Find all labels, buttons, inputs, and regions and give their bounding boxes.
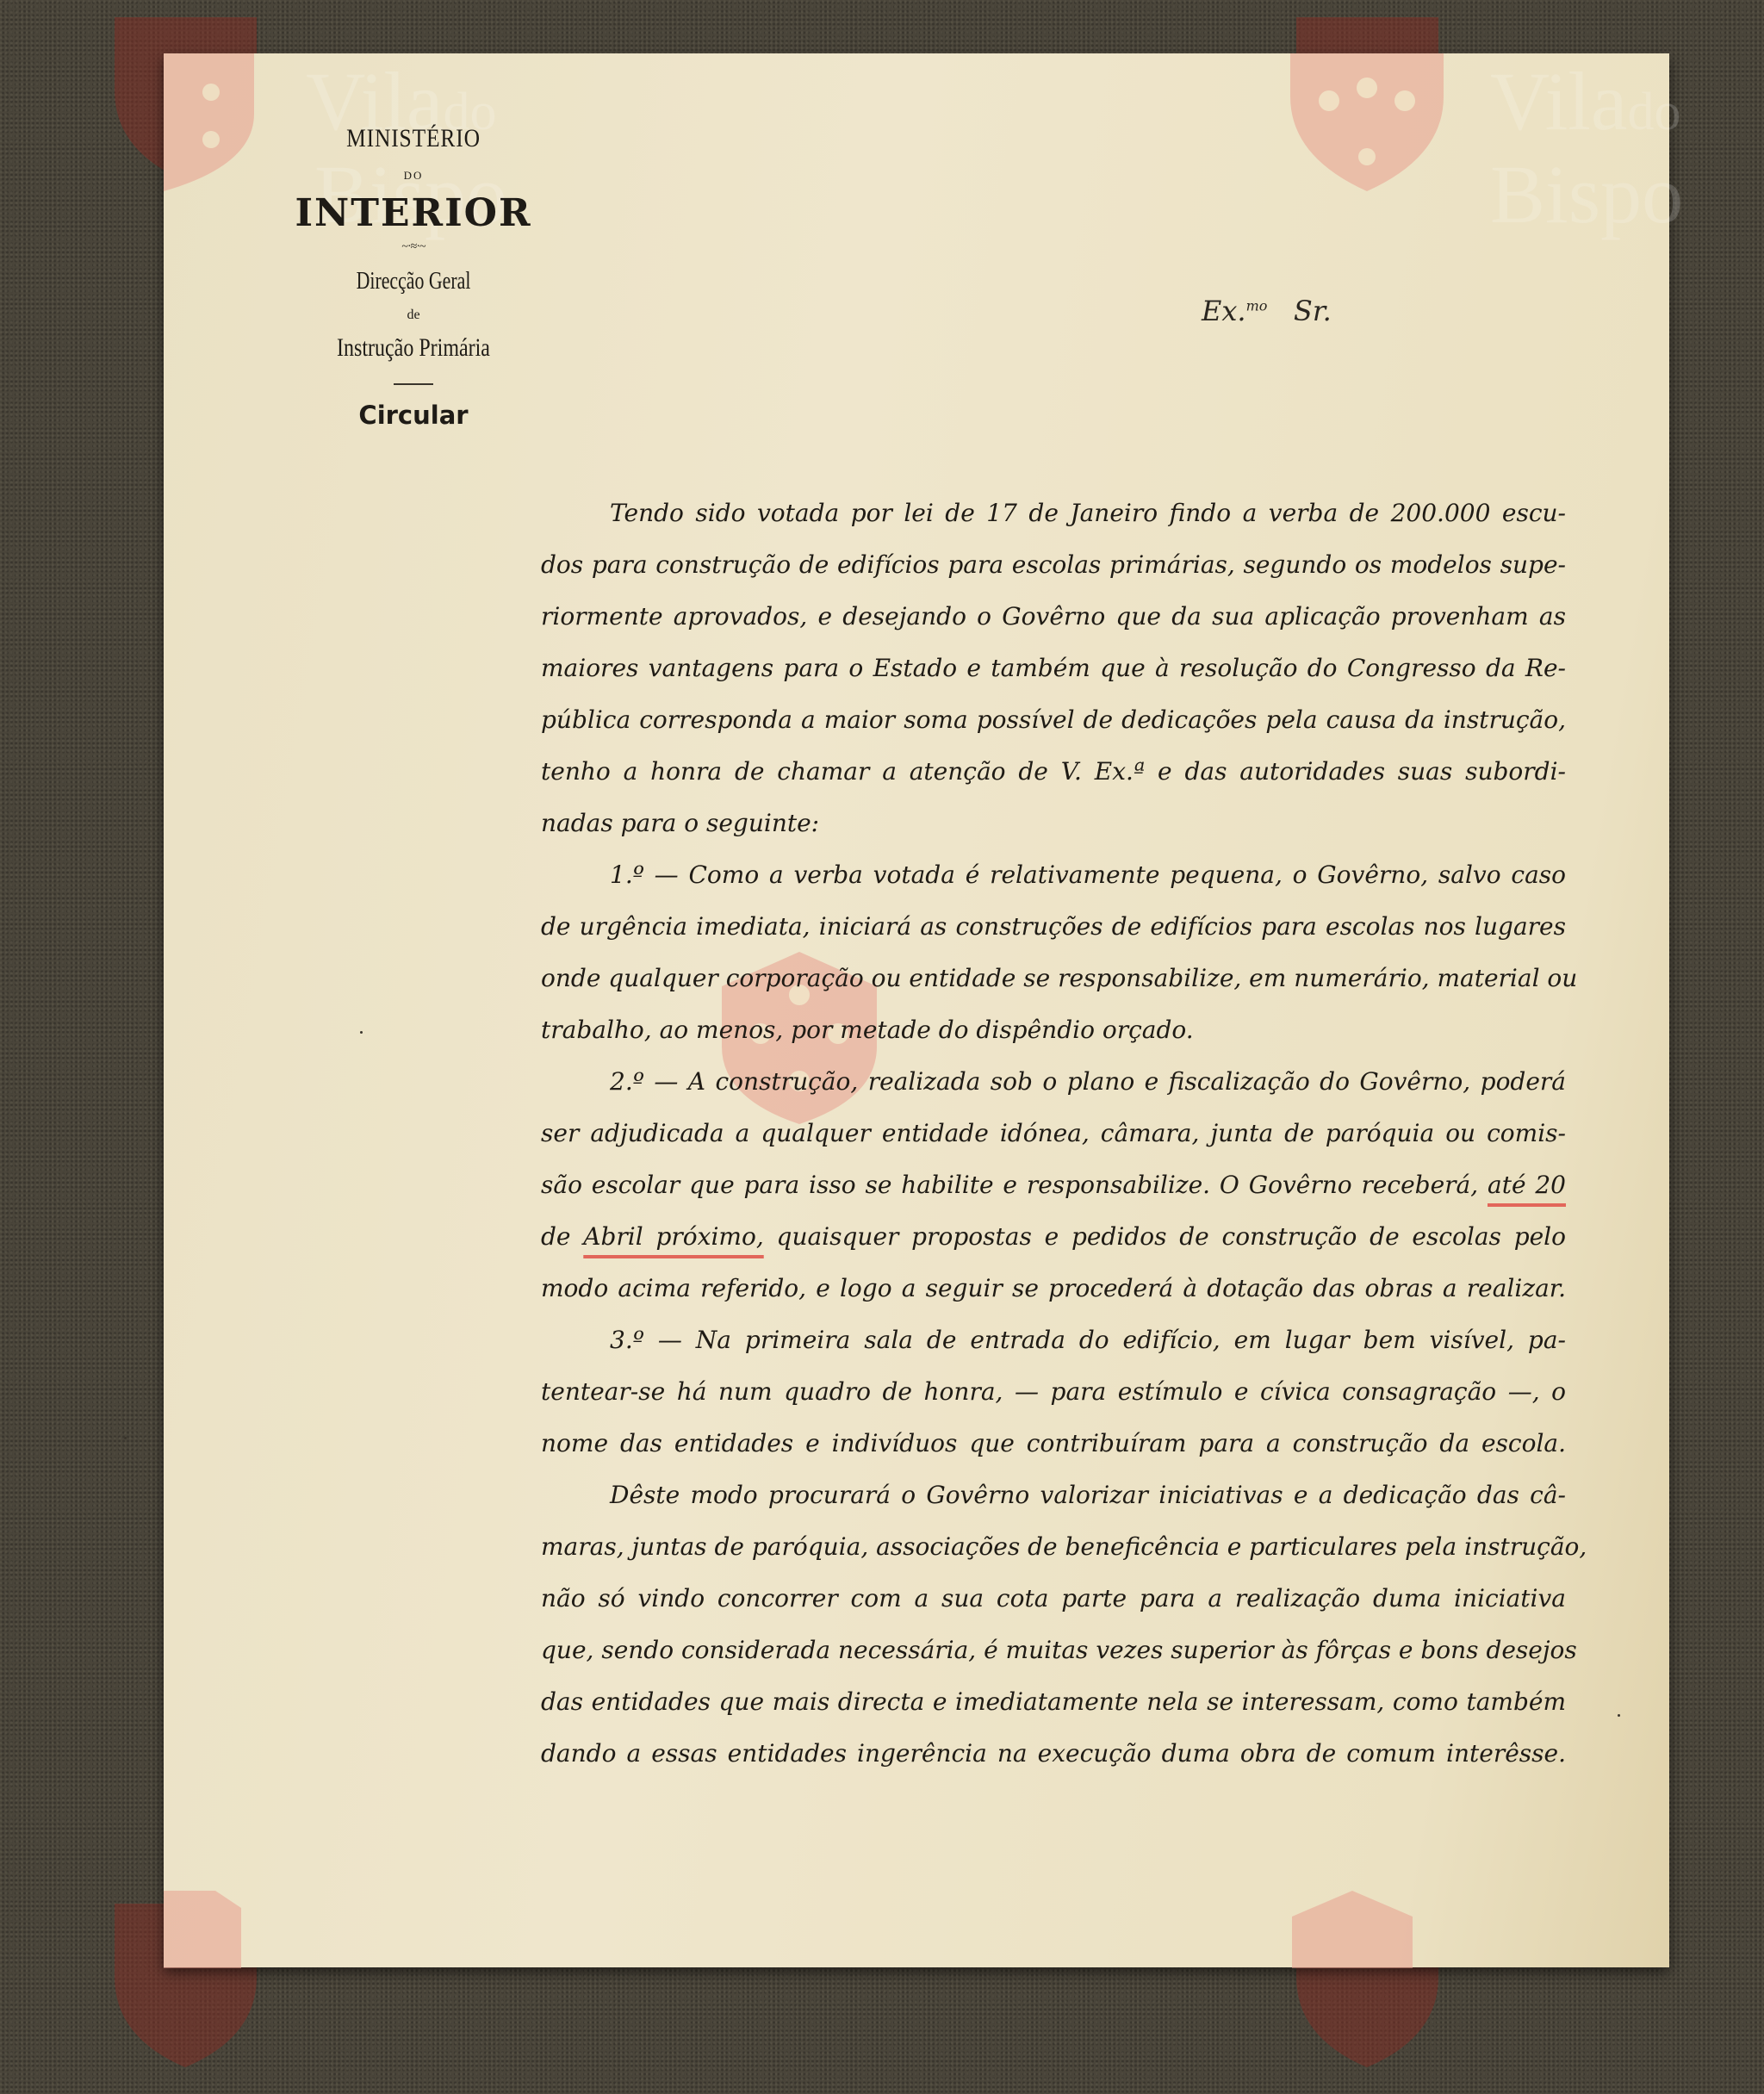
watermark-shield-icon: [164, 53, 258, 191]
letterhead-de: de: [276, 308, 551, 323]
watermark-shield-icon: [1292, 1891, 1413, 1968]
highlighted-date-part1: até 20: [1488, 1171, 1566, 1199]
letterhead-rule: [394, 383, 433, 385]
letterhead-direccao: Direcção Geral: [306, 268, 521, 295]
letterhead-do: DO: [276, 169, 551, 183]
watermark-shield-icon: [164, 1891, 241, 1968]
letterhead-instrucao: Instrução Primária: [303, 333, 524, 363]
document-type: Circular: [276, 401, 551, 430]
letterhead-interior: INTERIOR: [276, 191, 551, 235]
highlighted-date-part2: Abril próximo,: [583, 1222, 763, 1251]
ornament-divider-icon: ~·≈·~: [276, 240, 551, 254]
letterhead: MINISTÉRIO DO INTERIOR ~·≈·~ Direcção Ge…: [276, 119, 551, 430]
intro-paragraph: Tendo sido votada por lei de 17 de Janei…: [541, 488, 1566, 849]
paper-speck: [1618, 1714, 1620, 1717]
paper-speck: [360, 1031, 363, 1034]
closing-paragraph: Dêste modo procurará o Govêrno valorizar…: [541, 1470, 1566, 1780]
item-3-paragraph: 3.º — Na primeira sala de entrada do edi…: [541, 1314, 1566, 1470]
paper-speck: [124, 1437, 127, 1439]
watermark-text: Vilado Bispo: [1490, 60, 1683, 236]
salutation: Ex.mo Sr.: [1202, 295, 1332, 327]
item-1-paragraph: 1.º — Como a verba votada é relativament…: [541, 849, 1566, 1056]
letter-body: Tendo sido votada por lei de 17 de Janei…: [541, 488, 1566, 1780]
watermark-shield-icon: [1290, 53, 1445, 191]
letterhead-ministry: MINISTÉRIO: [296, 124, 531, 153]
item-2-paragraph: 2.º — A construção, realizada sob o plan…: [541, 1056, 1566, 1314]
